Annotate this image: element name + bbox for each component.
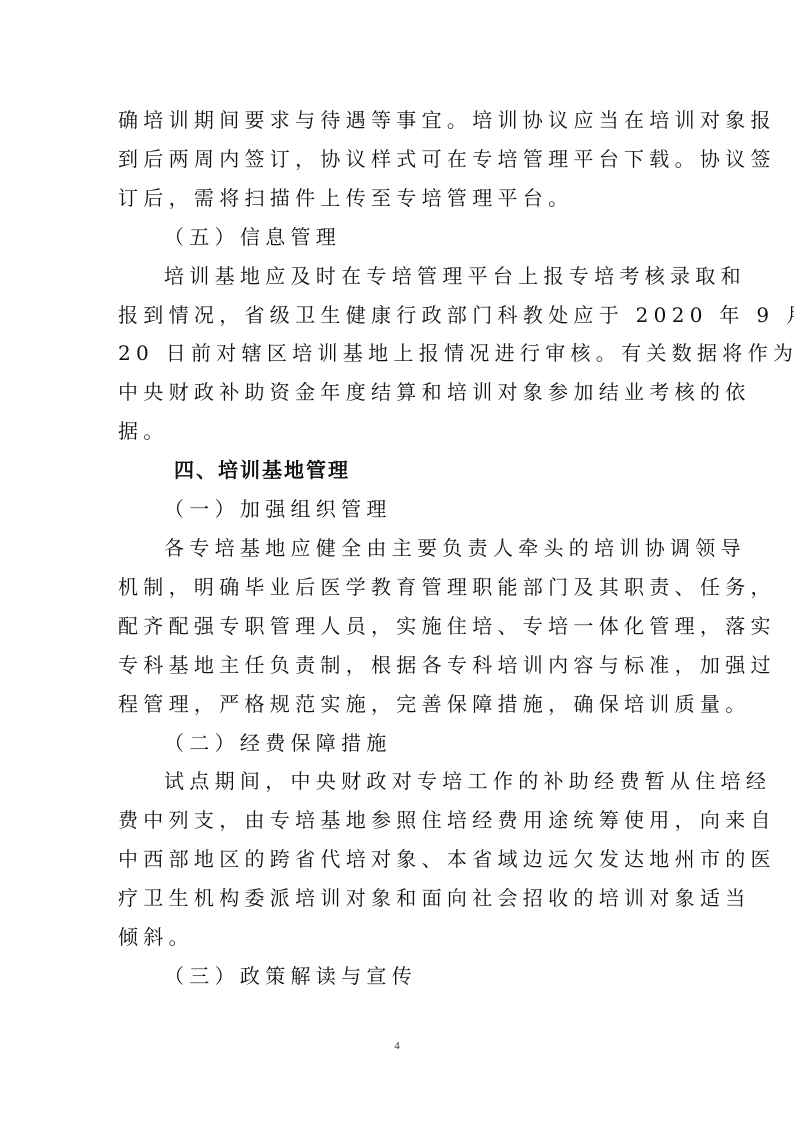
text-line: 机制，明确毕业后医学教育管理职能部门及其职责、任务， xyxy=(118,568,680,607)
text-line: 订后，需将扫描件上传至专培管理平台。 xyxy=(118,179,680,218)
text-line: 专科基地主任负责制，根据各专科培训内容与标准，加强过 xyxy=(118,646,680,685)
text-line: 疗卫生机构委派培训对象和面向社会招收的培训对象适当 xyxy=(118,879,680,918)
subheading-policy-promotion: （三）政策解读与宣传 xyxy=(118,957,680,996)
text-line: 中西部地区的跨省代培对象、本省域边远欠发达地州市的医 xyxy=(118,840,680,879)
page-number: 4 xyxy=(0,1040,794,1052)
text-line: 确培训期间要求与待遇等事宜。培训协议应当在培训对象报 xyxy=(118,101,680,140)
text-line: 试点期间，中央财政对专培工作的补助经费暂从住培经 xyxy=(118,762,680,801)
text-line: 配齐配强专职管理人员，实施住培、专培一体化管理，落实 xyxy=(118,607,680,646)
text-line: 程管理，严格规范实施，完善保障措施，确保培训质量。 xyxy=(118,685,680,724)
text-line: 报到情况，省级卫生健康行政部门科教处应于 2020 年 9 月 xyxy=(118,296,680,335)
subheading-organization-management: （一）加强组织管理 xyxy=(118,490,680,529)
text-line: 据。 xyxy=(118,412,680,451)
section-heading-base-management: 四、培训基地管理 xyxy=(118,451,680,490)
subheading-funding-guarantee: （二）经费保障措施 xyxy=(118,724,680,763)
document-page: 确培训期间要求与待遇等事宜。培训协议应当在培训对象报 到后两周内签订，协议样式可… xyxy=(0,0,794,1123)
text-line: 培训基地应及时在专培管理平台上报专培考核录取和 xyxy=(118,257,680,296)
text-line: 20 日前对辖区培训基地上报情况进行审核。有关数据将作为 xyxy=(118,334,680,373)
text-line: 各专培基地应健全由主要负责人牵头的培训协调领导 xyxy=(118,529,680,568)
text-line: 中央财政补助资金年度结算和培训对象参加结业考核的依 xyxy=(118,373,680,412)
text-line: 费中列支，由专培基地参照住培经费用途统筹使用，向来自 xyxy=(118,801,680,840)
text-line: 到后两周内签订，协议样式可在专培管理平台下载。协议签 xyxy=(118,140,680,179)
subheading-information-management: （五）信息管理 xyxy=(118,218,680,257)
text-line: 倾斜。 xyxy=(118,918,680,957)
document-body: 确培训期间要求与待遇等事宜。培训协议应当在培训对象报 到后两周内签订，协议样式可… xyxy=(118,101,680,996)
